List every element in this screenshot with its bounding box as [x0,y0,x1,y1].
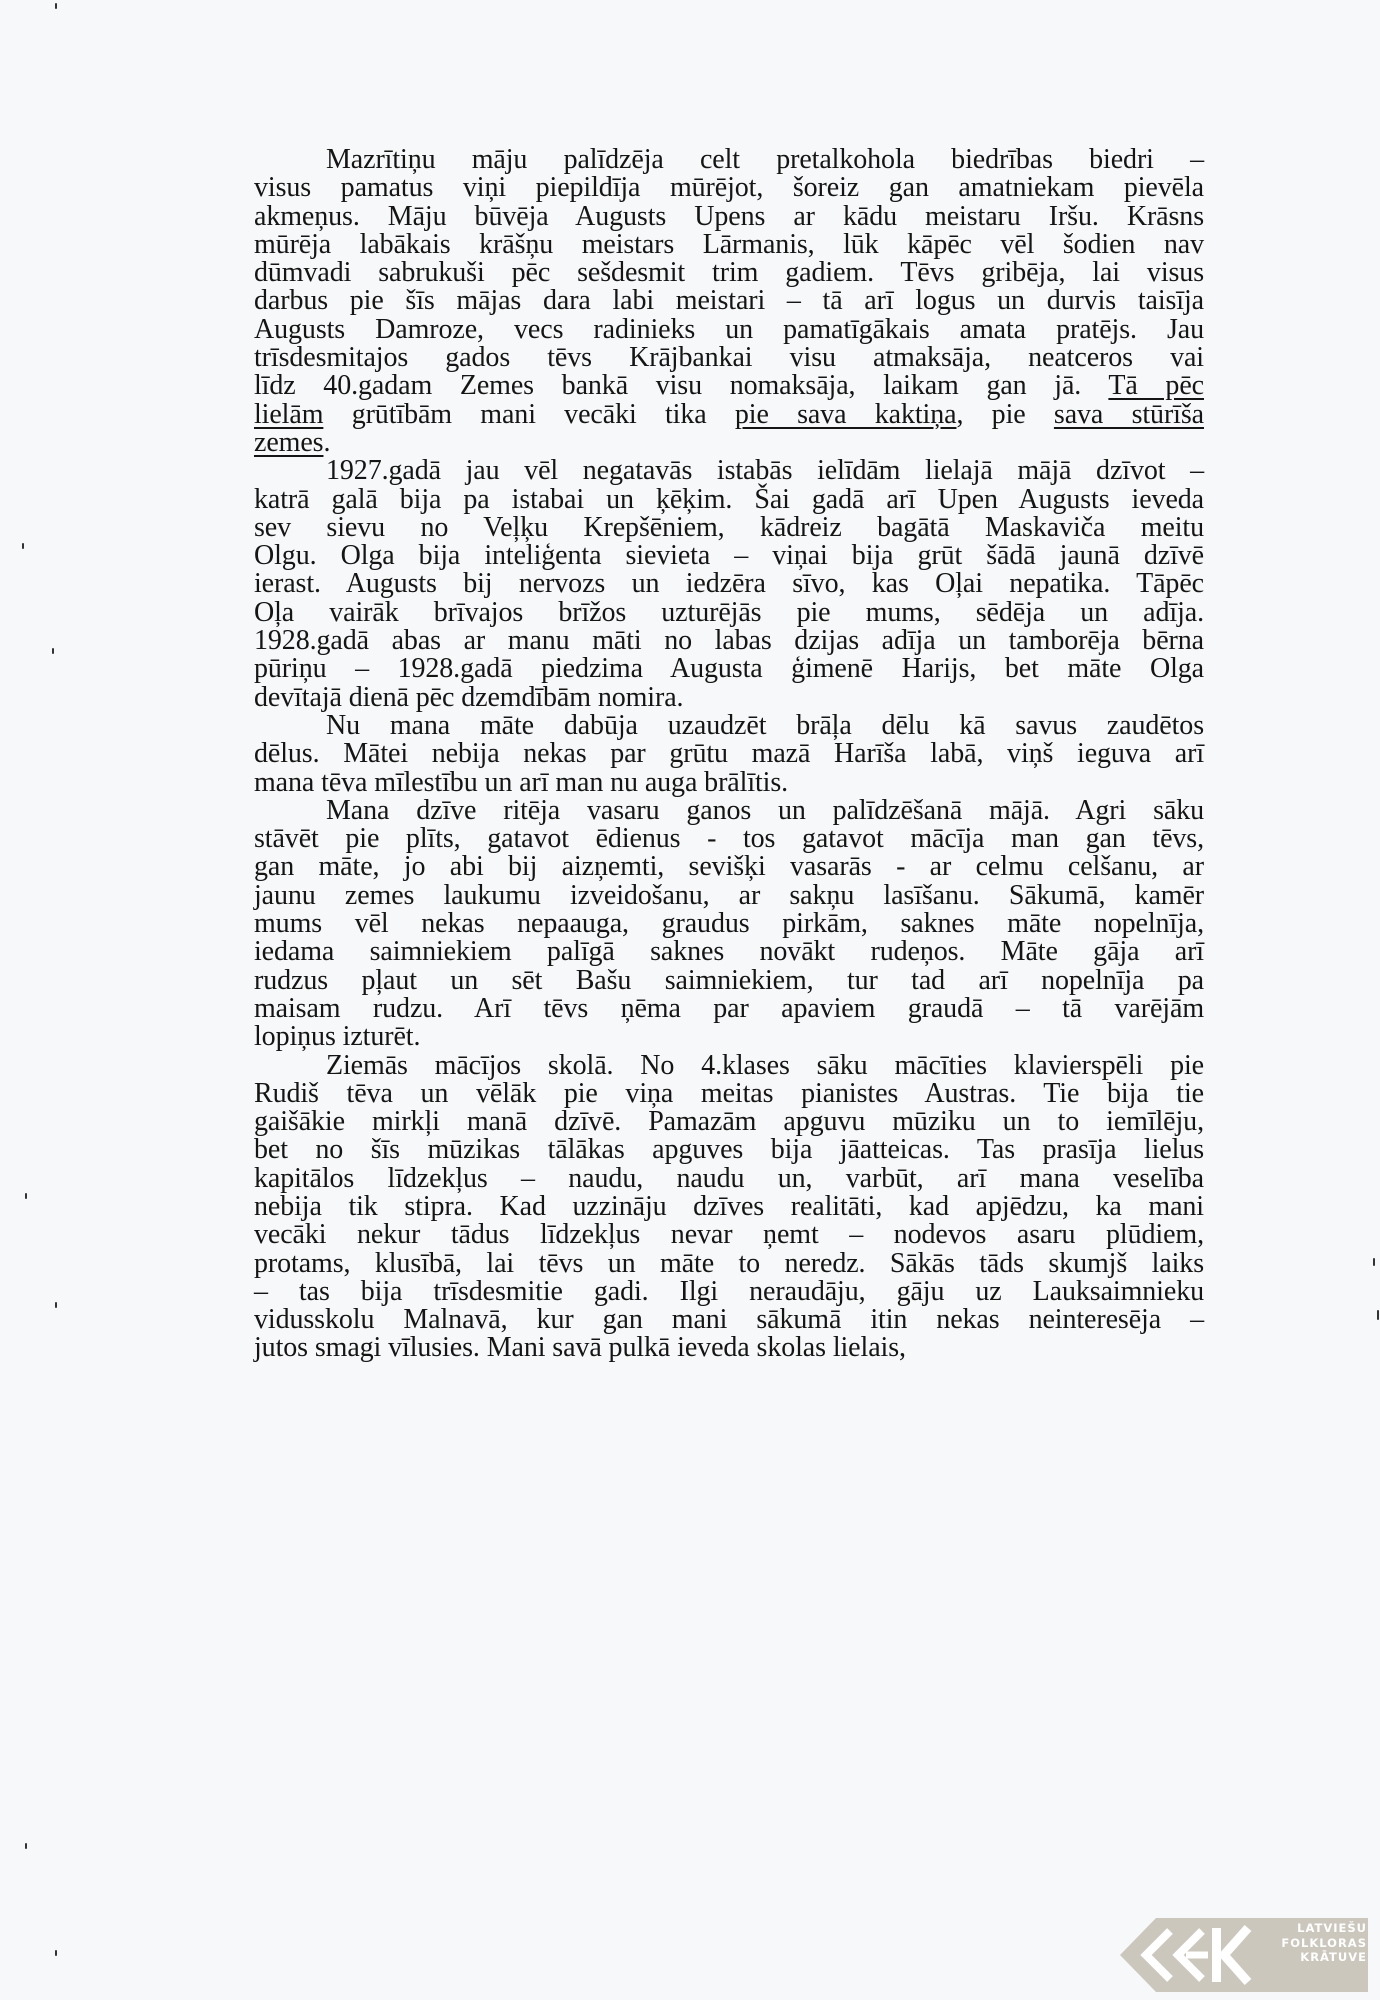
text-line: trīsdesmitajos gados tēvs Krājbankai vis… [254,344,1204,372]
line-text: mums vēl nekas nepaauga, graudus pirkām,… [254,908,1204,939]
text-line: rudzus pļaut un sēt Bašu saimniekiem, tu… [254,967,1204,995]
scan-mark [55,1302,57,1308]
line-text: protams, klusībā, lai tēvs un māte to ne… [254,1248,1204,1279]
scan-mark [52,648,54,654]
text-line: lielām grūtībām mani vecāki tika pie sav… [254,401,1204,429]
line-text: Olgu. Olga bija inteliģenta sievieta – v… [254,540,1204,571]
text-line: 1928.gadā abas ar manu māti no labas dzi… [254,627,1204,655]
line-text: Ziemās mācījos skolā. No 4.klases sāku m… [326,1050,1204,1081]
text-line: kapitālos līdzekļus – naudu, naudu un, v… [254,1165,1204,1193]
logo-line-1: LATVIEŠU [1255,1921,1367,1936]
underlined-text: Tā pēc [1108,370,1204,401]
text-line: maisam rudzu. Arī tēvs ņēma par apaviem … [254,995,1204,1023]
paragraph: Ziemās mācījos skolā. No 4.klases sāku m… [254,1052,1204,1363]
line-text: maisam rudzu. Arī tēvs ņēma par apaviem … [254,993,1204,1024]
text-line: mana tēva mīlestību un arī man nu auga b… [254,769,1204,797]
line-text: , pie [956,399,1025,430]
text-line: iedama saimniekiem palīgā saknes novākt … [254,938,1204,966]
line-text: . [323,427,330,458]
line-text: grūtībām mani vecāki tika [352,399,707,430]
line-text: dūmvadi sabrukuši pēc sešdesmit trim gad… [254,257,1204,288]
scan-mark [22,543,24,549]
text-line: Augusts Damroze, vecs radinieks un pamat… [254,316,1204,344]
text-line: Ziemās mācījos skolā. No 4.klases sāku m… [254,1052,1204,1080]
text-line: ierast. Augusts bij nervozs un iedzēra s… [254,570,1204,598]
line-text: sev sievu no Veļķu Krepšēniem, kādreiz b… [254,512,1204,543]
line-text: mana tēva mīlestību un arī man nu auga b… [254,767,788,798]
text-line: katrā galā bija pa istabai un ķēķim. Šai… [254,486,1204,514]
line-text: kapitālos līdzekļus – naudu, naudu un, v… [254,1163,1204,1194]
line-text: Oļa vairāk brīvajos brīžos uzturējās pie… [254,597,1204,628]
logo-line-3: KRĀTUVE [1255,1950,1367,1965]
text-line: nebija tik stipra. Kad uzzināju dzīves r… [254,1193,1204,1221]
text-line: Rudiš tēva un vēlāk pie viņa meitas pian… [254,1080,1204,1108]
text-line: devītajā dienā pēc dzemdībām nomira. [254,684,1204,712]
text-line: visus pamatus viņi piepildīja mūrējot, š… [254,174,1204,202]
text-line: mums vēl nekas nepaauga, graudus pirkām,… [254,910,1204,938]
text-line: Mana dzīve ritēja vasaru ganos un palīdz… [254,797,1204,825]
line-text: bet no šīs mūzikas tālākas apguves bija … [254,1134,1204,1165]
line-text: vidusskolu Malnavā, kur gan mani sākumā … [254,1304,1204,1335]
line-text: 1927.gadā jau vēl negatavās istabās ielī… [326,455,1204,486]
text-line: gan māte, jo abi bij aizņemti, sevišķi v… [254,853,1204,881]
document-body: Mazrītiņu māju palīdzēja celt pretalkoho… [254,146,1204,1363]
text-line: 1927.gadā jau vēl negatavās istabās ielī… [254,457,1204,485]
paragraph: Nu mana māte dabūja uzaudzēt brāļa dēlu … [254,712,1204,797]
text-line: akmeņus. Māju būvēja Augusts Upens ar kā… [254,203,1204,231]
text-line: jutos smagi vīlusies. Mani savā pulkā ie… [254,1334,1204,1362]
underlined-text: zemes [254,427,323,458]
line-text: mūrēja labākais krāšņu meistars Lārmanis… [254,229,1204,260]
line-text: līdz 40.gadam Zemes bankā visu nomaksāja… [254,370,1081,401]
line-text: trīsdesmitajos gados tēvs Krājbankai vis… [254,342,1204,373]
line-text: nebija tik stipra. Kad uzzināju dzīves r… [254,1191,1204,1222]
line-text: darbus pie šīs mājas dara labi meistari … [254,285,1204,316]
text-line: Mazrītiņu māju palīdzēja celt pretalkoho… [254,146,1204,174]
text-line: Nu mana māte dabūja uzaudzēt brāļa dēlu … [254,712,1204,740]
text-line: sev sievu no Veļķu Krepšēniem, kādreiz b… [254,514,1204,542]
line-text: jutos smagi vīlusies. Mani savā pulkā ie… [254,1332,906,1363]
line-text: Mana dzīve ritēja vasaru ganos un palīdz… [326,795,1204,826]
line-text: gaišākie mirkļi manā dzīvē. Pamazām apgu… [254,1106,1204,1137]
line-text: dēlus. Mātei nebija nekas par grūtu mazā… [254,738,1204,769]
line-text: pūriņu – 1928.gadā piedzima Augusta ģime… [254,653,1204,684]
text-line: mūrēja labākais krāšņu meistars Lārmanis… [254,231,1204,259]
text-line: dūmvadi sabrukuši pēc sešdesmit trim gad… [254,259,1204,287]
text-line: vidusskolu Malnavā, kur gan mani sākumā … [254,1306,1204,1334]
scan-mark [25,1843,27,1849]
text-line: zemes. [254,429,1204,457]
text-line: Oļa vairāk brīvajos brīžos uzturējās pie… [254,599,1204,627]
line-text: vecāki nekur tādus līdzekļus nevar ņemt … [254,1219,1204,1250]
text-line: Olgu. Olga bija inteliģenta sievieta – v… [254,542,1204,570]
text-line: dēlus. Mātei nebija nekas par grūtu mazā… [254,740,1204,768]
line-text: devītajā dienā pēc dzemdībām nomira. [254,682,683,713]
text-line: līdz 40.gadam Zemes bankā visu nomaksāja… [254,372,1204,400]
line-text: katrā galā bija pa istabai un ķēķim. Šai… [254,484,1204,515]
text-line: stāvēt pie plīts, gatavot ēdienus - tos … [254,825,1204,853]
line-text: stāvēt pie plīts, gatavot ēdienus - tos … [254,823,1204,854]
line-text: ierast. Augusts bij nervozs un iedzēra s… [254,568,1204,599]
line-text: Nu mana māte dabūja uzaudzēt brāļa dēlu … [326,710,1204,741]
scan-mark [25,1193,27,1199]
scan-mark [1377,1310,1379,1320]
text-line: darbus pie šīs mājas dara labi meistari … [254,287,1204,315]
text-line: vecāki nekur tādus līdzekļus nevar ņemt … [254,1221,1204,1249]
line-text: Augusts Damroze, vecs radinieks un pamat… [254,314,1204,345]
line-text: gan māte, jo abi bij aizņemti, sevišķi v… [254,851,1204,882]
paragraph: 1927.gadā jau vēl negatavās istabās ielī… [254,457,1204,712]
line-text: akmeņus. Māju būvēja Augusts Upens ar kā… [254,201,1204,232]
underlined-text: sava stūrīša [1054,399,1204,430]
logo-line-2: FOLKLORAS [1255,1936,1367,1951]
text-line: pūriņu – 1928.gadā piedzima Augusta ģime… [254,655,1204,683]
line-text: Rudiš tēva un vēlāk pie viņa meitas pian… [254,1078,1204,1109]
line-text: iedama saimniekiem palīgā saknes novākt … [254,936,1204,967]
line-text: lopiņus izturēt. [254,1021,420,1052]
underlined-text: lielām [254,399,323,430]
line-text: – tas bija trīsdesmitie gadi. Ilgi nerau… [254,1276,1204,1307]
text-line: lopiņus izturēt. [254,1023,1204,1051]
text-line: bet no šīs mūzikas tālākas apguves bija … [254,1136,1204,1164]
line-text: 1928.gadā abas ar manu māti no labas dzi… [254,625,1204,656]
text-line: protams, klusībā, lai tēvs un māte to ne… [254,1250,1204,1278]
scan-mark [55,3,57,9]
logo-text: LATVIEŠU FOLKLORAS KRĀTUVE [1255,1921,1367,1965]
scan-mark [55,1950,57,1956]
line-text: visus pamatus viņi piepildīja mūrējot, š… [254,172,1204,203]
text-line: jaunu zemes laukumu izveidošanu, ar sakņ… [254,882,1204,910]
text-line: – tas bija trīsdesmitie gadi. Ilgi nerau… [254,1278,1204,1306]
underlined-text: pie sava kaktiņa [735,399,957,430]
paragraph: Mana dzīve ritēja vasaru ganos un palīdz… [254,797,1204,1052]
text-line: gaišākie mirkļi manā dzīvē. Pamazām apgu… [254,1108,1204,1136]
line-text: jaunu zemes laukumu izveidošanu, ar sakņ… [254,880,1204,911]
line-text: Mazrītiņu māju palīdzēja celt pretalkoho… [326,144,1204,175]
line-text: rudzus pļaut un sēt Bašu saimniekiem, tu… [254,965,1204,996]
paragraph: Mazrītiņu māju palīdzēja celt pretalkoho… [254,146,1204,457]
scan-mark [1373,1258,1375,1266]
